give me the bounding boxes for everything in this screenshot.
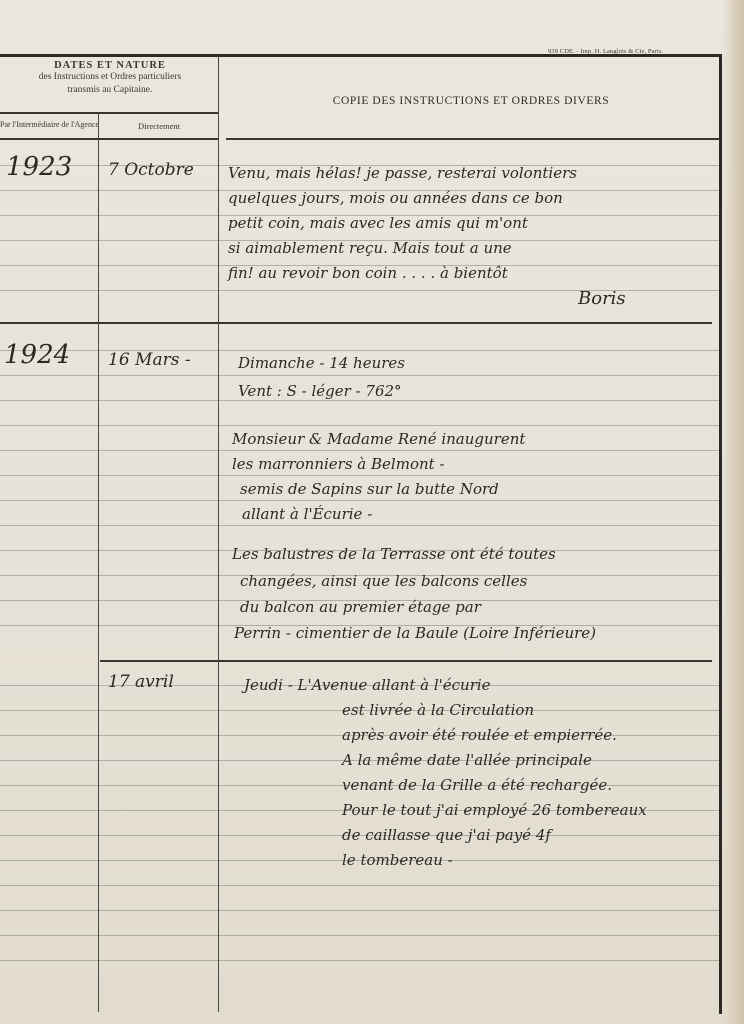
entry-date: 16 Mars - (108, 350, 191, 370)
entry-line: changées, ainsi que les balcons celles (240, 572, 527, 590)
entry-line: Venu, mais hélas! je passe, resterai vol… (228, 164, 577, 182)
column-header-direct: Directement (100, 121, 218, 131)
entry-line: petit coin, mais avec les amis qui m'ont (228, 214, 528, 232)
header-divider-left (0, 112, 218, 114)
signature: Boris (578, 288, 626, 309)
column-divider-a (98, 112, 99, 1012)
entry-line: les marronniers à Belmont - (232, 455, 445, 473)
ledger-page: 939 CDE. - Imp. H. Langlois & Cie, Paris… (0, 0, 744, 1024)
main-header-title: COPIE DES INSTRUCTIONS ET ORDRES DIVERS (222, 95, 720, 107)
page-edge (722, 0, 744, 1024)
entry-year: 1924 (4, 340, 70, 370)
left-header: DATES ET NATURE des Instructions et Ordr… (0, 60, 220, 97)
entry-divider-1 (0, 322, 712, 324)
entry-line: de caillasse que j'ai payé 4f (342, 826, 551, 844)
entry-line: fin! au revoir bon coin . . . . à bientô… (228, 264, 508, 282)
entry-line: du balcon au premier étage par (240, 598, 481, 616)
left-header-title: DATES ET NATURE (0, 60, 220, 71)
entry-divider-2 (100, 660, 712, 662)
entry-line: quelques jours, mois ou années dans ce b… (228, 189, 563, 207)
entry-line: est livrée à la Circulation (342, 701, 534, 719)
entry-date: 17 avril (108, 672, 174, 692)
subheader-divider (0, 138, 218, 140)
entry-line: Jeudi - L'Avenue allant à l'écurie (244, 676, 491, 694)
entry-line: Monsieur & Madame René inaugurent (232, 430, 525, 448)
entry-year: 1923 (6, 152, 72, 182)
top-border (0, 54, 722, 57)
column-divider-b (218, 57, 219, 1012)
entry-line: allant à l'Écurie - (242, 505, 372, 523)
entry-line: Vent : S - léger - 762° (238, 382, 402, 400)
right-border (719, 54, 722, 1014)
entry-line: Dimanche - 14 heures (238, 354, 405, 372)
entry-line: A la même date l'allée principale (342, 751, 592, 769)
entry-line: si aimablement reçu. Mais tout a une (228, 239, 512, 257)
entry-line: semis de Sapins sur la butte Nord (240, 480, 499, 498)
entry-line: venant de la Grille a été rechargée. (342, 776, 612, 794)
entry-date: 7 Octobre (108, 160, 194, 180)
left-header-subtitle-2: transmis au Capitaine. (0, 84, 220, 97)
entry-line: Les balustres de la Terrasse ont été tou… (232, 545, 556, 563)
entry-line: après avoir été roulée et empierrée. (342, 726, 617, 744)
header-divider-main (226, 138, 720, 140)
left-header-subtitle-1: des Instructions et Ordres particuliers (0, 71, 220, 84)
entry-line: Pour le tout j'ai employé 26 tombereaux (342, 801, 647, 819)
column-header-agency: Par l'Intermédiaire de l'Agence (0, 120, 98, 129)
entry-line: le tombereau - (342, 851, 453, 869)
entry-line: Perrin - cimentier de la Baule (Loire In… (234, 624, 596, 642)
